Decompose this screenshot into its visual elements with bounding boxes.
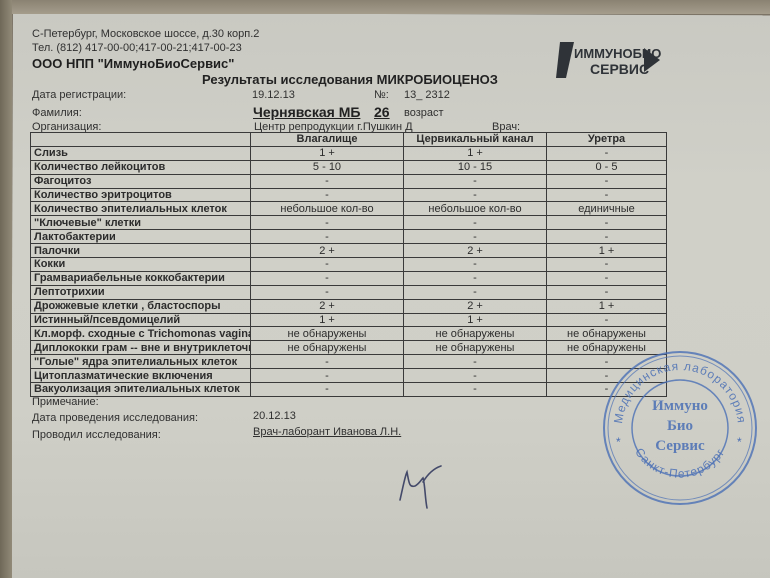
- table-header-row: Влагалище Цервикальный канал Уретра: [31, 133, 667, 147]
- vagina-value: -: [251, 216, 404, 230]
- parameter-name: "Ключевые" клетки: [31, 216, 251, 230]
- lab-phones: Тел. (812) 417-00-00;417-00-21;417-00-23: [32, 42, 242, 54]
- vagina-value: -: [251, 285, 404, 299]
- urethra-value: -: [547, 216, 667, 230]
- vagina-value: 1 +: [251, 313, 404, 327]
- patient-age: 26: [374, 104, 390, 120]
- table-row: Кл.морф. сходные с Trichomonas vaginalis…: [31, 327, 667, 341]
- vagina-value: 1 +: [251, 146, 404, 160]
- parameter-name: Вакуолизация эпителиальных клеток: [31, 383, 251, 397]
- parameter-name: Палочки: [31, 244, 251, 258]
- table-row: Количество лейкоцитов5 - 1010 - 150 - 5: [31, 160, 667, 174]
- study-date-value: 20.12.13: [253, 410, 296, 422]
- svg-text:СЕРВИС: СЕРВИС: [590, 61, 649, 77]
- urethra-value: -: [547, 258, 667, 272]
- cervix-value: -: [404, 271, 547, 285]
- vagina-value: -: [251, 355, 404, 369]
- urethra-value: -: [547, 271, 667, 285]
- column-header-parameter: [31, 133, 251, 147]
- page-title: Результаты исследования МИКРОБИОЦЕНОЗ: [202, 72, 498, 87]
- cervix-value: 2 +: [404, 299, 547, 313]
- svg-text:Био: Био: [667, 418, 693, 434]
- parameter-name: Количество лейкоцитов: [31, 160, 251, 174]
- table-row: "Голые" ядра эпителиальных клеток---: [31, 355, 667, 369]
- parameter-name: Количество эритроцитов: [31, 188, 251, 202]
- svg-text:Иммуно: Иммуно: [652, 398, 708, 414]
- cervix-value: -: [404, 216, 547, 230]
- urethra-value: -: [547, 174, 667, 188]
- vagina-value: -: [251, 369, 404, 383]
- column-header-urethra: Уретра: [547, 133, 667, 147]
- table-row: Лактобактерии---: [31, 230, 667, 244]
- parameter-name: Цитоплазматические включения: [31, 369, 251, 383]
- patient-name: Чернявская МБ: [253, 104, 360, 120]
- lab-stamp-icon: Медицинская лаборатория Санкт-Петербург …: [600, 348, 760, 508]
- cervix-value: -: [404, 355, 547, 369]
- vagina-value: небольшое кол-во: [251, 202, 404, 216]
- table-row: Количество эпителиальных клетокнебольшое…: [31, 202, 667, 216]
- cervix-value: -: [404, 258, 547, 272]
- cervix-value: не обнаружены: [404, 327, 547, 341]
- vagina-value: -: [251, 230, 404, 244]
- cervix-value: 1 +: [404, 313, 547, 327]
- registration-date-label: Дата регистрации:: [32, 89, 126, 101]
- cervix-value: -: [404, 188, 547, 202]
- cervix-value: 1 +: [404, 146, 547, 160]
- vagina-value: не обнаружены: [251, 327, 404, 341]
- urethra-value: -: [547, 146, 667, 160]
- parameter-name: Дрожжевые клетки , бластоспоры: [31, 299, 251, 313]
- table-row: Кокки---: [31, 258, 667, 272]
- urethra-value: 1 +: [547, 244, 667, 258]
- cervix-value: не обнаружены: [404, 341, 547, 355]
- vagina-value: -: [251, 383, 404, 397]
- parameter-name: Фагоцитоз: [31, 174, 251, 188]
- cervix-value: -: [404, 230, 547, 244]
- registration-number-label: №:: [374, 89, 389, 101]
- parameter-name: Диплококки грам -- вне и внутриклеточно: [31, 341, 251, 355]
- svg-text:*: *: [737, 435, 742, 449]
- cervix-value: -: [404, 285, 547, 299]
- registration-number-value: 13_ 2312: [404, 89, 450, 101]
- parameter-name: Грамвариабельные коккобактерии: [31, 271, 251, 285]
- urethra-value: не обнаружены: [547, 327, 667, 341]
- study-date-label: Дата проведения исследования:: [32, 412, 198, 424]
- urethra-value: 0 - 5: [547, 160, 667, 174]
- vagina-value: -: [251, 271, 404, 285]
- parameter-name: Лактобактерии: [31, 230, 251, 244]
- table-row: Вакуолизация эпителиальных клеток---: [31, 383, 667, 397]
- parameter-name: Истинный/псевдомицелий: [31, 313, 251, 327]
- age-label: возраст: [404, 107, 444, 119]
- vagina-value: -: [251, 258, 404, 272]
- table-row: Фагоцитоз---: [31, 174, 667, 188]
- cervix-value: -: [404, 174, 547, 188]
- background-edge: [0, 0, 770, 14]
- note-label: Примечание:: [32, 396, 99, 408]
- table-row: Истинный/псевдомицелий1 +1 +-: [31, 313, 667, 327]
- parameter-name: Лептотрихии: [31, 285, 251, 299]
- column-header-vagina: Влагалище: [251, 133, 404, 147]
- table-row: Лептотрихии---: [31, 285, 667, 299]
- parameter-name: Количество эпителиальных клеток: [31, 202, 251, 216]
- handwritten-signature-icon: [395, 462, 455, 512]
- parameter-name: Слизь: [31, 146, 251, 160]
- table-row: "Ключевые" клетки---: [31, 216, 667, 230]
- urethra-value: -: [547, 188, 667, 202]
- cervix-value: 10 - 15: [404, 160, 547, 174]
- urethra-value: 1 +: [547, 299, 667, 313]
- cervix-value: небольшое кол-во: [404, 202, 547, 216]
- vagina-value: не обнаружены: [251, 341, 404, 355]
- registration-date-value: 19.12.13: [252, 89, 295, 101]
- background-edge-left: [0, 0, 12, 578]
- lab-address: С-Петербург, Московское шоссе, д.30 корп…: [32, 28, 259, 40]
- table-row: Слизь1 +1 +-: [31, 146, 667, 160]
- vagina-value: -: [251, 174, 404, 188]
- results-table: Влагалище Цервикальный канал Уретра Слиз…: [30, 132, 667, 397]
- vagina-value: 2 +: [251, 244, 404, 258]
- cervix-value: 2 +: [404, 244, 547, 258]
- cervix-value: -: [404, 369, 547, 383]
- vagina-value: 2 +: [251, 299, 404, 313]
- svg-text:Сервис: Сервис: [655, 438, 705, 454]
- lab-organization: ООО НПП "ИммуноБиоСервис": [32, 56, 234, 71]
- urethra-value: единичные: [547, 202, 667, 216]
- parameter-name: Кокки: [31, 258, 251, 272]
- urethra-value: -: [547, 230, 667, 244]
- table-row: Диплококки грам -- вне и внутриклеточнон…: [31, 341, 667, 355]
- column-header-cervix: Цервикальный канал: [404, 133, 547, 147]
- table-row: Дрожжевые клетки , бластоспоры2 +2 +1 +: [31, 299, 667, 313]
- vagina-value: -: [251, 188, 404, 202]
- vagina-value: 5 - 10: [251, 160, 404, 174]
- parameter-name: Кл.морф. сходные с Trichomonas vaginalis: [31, 327, 251, 341]
- performed-by-value: Врач-лаборант Иванова Л.Н.: [253, 426, 401, 438]
- parameter-name: "Голые" ядра эпителиальных клеток: [31, 355, 251, 369]
- table-row: Цитоплазматические включения---: [31, 369, 667, 383]
- fish-logo-icon: ИММУНОБИО СЕРВИС: [552, 38, 662, 82]
- urethra-value: -: [547, 285, 667, 299]
- table-row: Количество эритроцитов---: [31, 188, 667, 202]
- table-row: Грамвариабельные коккобактерии---: [31, 271, 667, 285]
- performed-by-label: Проводил исследования:: [32, 429, 161, 441]
- table-row: Палочки2 +2 +1 +: [31, 244, 667, 258]
- cervix-value: -: [404, 383, 547, 397]
- urethra-value: -: [547, 313, 667, 327]
- svg-text:*: *: [616, 435, 621, 449]
- surname-label: Фамилия:: [32, 107, 82, 119]
